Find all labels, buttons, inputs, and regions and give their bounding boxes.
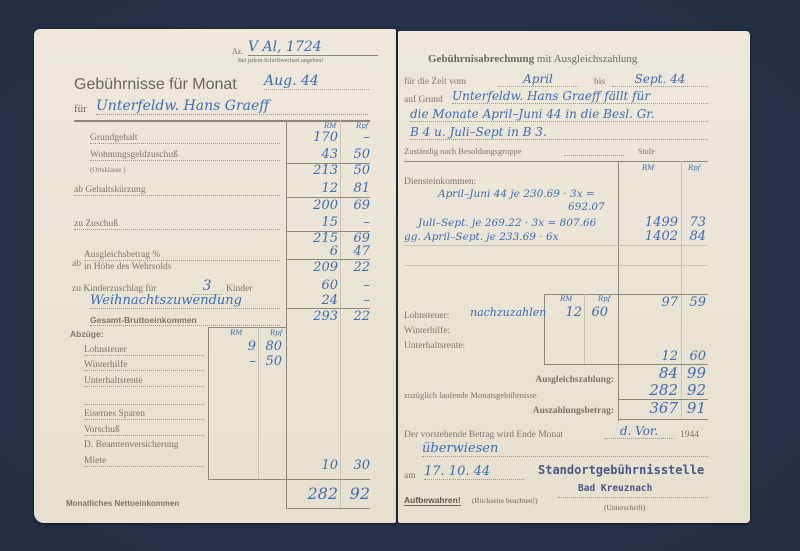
dienst-line-2: 692.07 xyxy=(568,201,605,213)
stamp-line-2: Bad Kreuznach xyxy=(578,483,652,494)
aufbewahren: Aufbewahren! xyxy=(404,495,461,506)
dienst-label: Diensteinkommen: xyxy=(404,177,476,187)
subtotal2-rm: 200 xyxy=(290,198,338,213)
abzug-winterhilfe-rm: – xyxy=(210,354,256,369)
gesamt-brutto-label: Gesamt-Bruttoeinkommen xyxy=(90,315,280,326)
kinderzuschlag-rm: 60 xyxy=(290,278,338,293)
zuschuss-rpf: – xyxy=(342,215,370,230)
unterschrift: (Unterschrift) xyxy=(604,503,645,512)
zuschuss-rm: 15 xyxy=(290,215,338,230)
abzuege-col-rm: RM xyxy=(230,329,242,337)
grund-line-2: die Monate April–Juni 44 in die Besl. Gr… xyxy=(410,107,708,122)
abzug-total-rpf: 60 xyxy=(684,349,706,364)
differenz-rm: 97 xyxy=(622,295,678,310)
zeit-von: April xyxy=(498,72,578,87)
row-ausgleichsbetrag: Ausgleichsbetrag % xyxy=(84,250,280,261)
gehaltskuerzung-rm: 12 xyxy=(290,181,338,196)
ende-value: d. Vor. xyxy=(604,424,674,439)
dienst-juli-rpf: 73 xyxy=(684,215,706,230)
grundgehalt-rm: 170 xyxy=(290,130,338,145)
abzuege-label: Abzüge: xyxy=(70,329,104,339)
zustaendig-label: Zuständig nach Besoldungsgruppe xyxy=(404,146,522,156)
page-title: Gebührnisse für Monat xyxy=(74,76,237,94)
weihnacht-rpf: – xyxy=(342,293,370,308)
weihnacht-rm: 24 xyxy=(290,293,338,308)
abzug-miete: Miete xyxy=(84,456,204,467)
unterhalt-label: Unterhaltsrente: xyxy=(404,341,465,351)
subtotal2-rpf: 69 xyxy=(342,198,370,213)
netto-rpf: 92 xyxy=(342,484,370,503)
abzug-beamtenversicherung: D. Beamtenversicherung xyxy=(84,440,178,450)
ausgleich-rm: 84 xyxy=(622,364,678,382)
ueberwiesen: überwiesen xyxy=(422,441,708,457)
box-col-rpf: Rpf xyxy=(598,295,610,303)
differenz-rpf: 59 xyxy=(684,295,706,310)
ende-label: Der vorstehende Betrag wird Ende Monat xyxy=(404,430,563,440)
subtotal4-rpf: 22 xyxy=(342,260,370,275)
subtotal1-rpf: 50 xyxy=(342,163,370,178)
abzug-blank xyxy=(84,394,204,405)
row-wehrsold: in Höhe des Wehrsolds xyxy=(84,262,171,272)
fuer-label: für xyxy=(74,103,87,115)
dienst-line-3: Juli–Sept. je 269.22 · 3x = 807.66 xyxy=(418,217,596,229)
az-hint: Bei jedem Schriftwechsel angeben! xyxy=(238,58,323,64)
right-col-rm: RM xyxy=(642,164,654,172)
grund-line-3: B 4 u. Juli–Sept in B 3. xyxy=(410,125,708,140)
laufend-label: zuzüglich laufende Monatsgebührnisse xyxy=(404,390,537,400)
winterhilfe-label: Winterhilfe: xyxy=(404,326,450,336)
dienst-juli-rm: 1499 xyxy=(622,215,678,230)
lohnsteuer-label: Lohnsteuer: xyxy=(404,311,449,321)
stufe-label: Stufe xyxy=(638,147,655,156)
dienst-gg-rm: 1402 xyxy=(622,229,678,244)
abzuege-col-rpf: Rpf xyxy=(270,329,282,337)
zeit-bis-label: bis xyxy=(594,77,605,87)
row-wohnungsgeld: Wohnungsgeldzuschuß xyxy=(90,150,280,161)
abzug-lohnsteuer-rm: 9 xyxy=(210,339,256,354)
az-value: V Al, 1724 xyxy=(248,39,378,56)
col-rm-header: RM xyxy=(324,122,336,130)
ausgleich-label: Ausgleichszahlung: xyxy=(494,375,614,385)
abzug-eisernes-sparen: Eisernes Sparen xyxy=(84,409,204,420)
zeit-label: für die Zeit vom xyxy=(404,77,466,87)
right-col-rpf: Rpf xyxy=(688,164,700,172)
grundgehalt-rpf: – xyxy=(342,130,370,145)
dienst-line-1: April–Juni 44 je 230.69 · 3x = xyxy=(438,188,595,200)
subtotal1-rm: 213 xyxy=(290,163,338,178)
grund-line-1: Unterfeldw. Hans Graeff fällt für xyxy=(452,89,708,104)
lohnsteuer-rpf: 60 xyxy=(586,305,608,320)
gehaltskuerzung-rpf: 81 xyxy=(342,181,370,196)
lohnsteuer-rm: 12 xyxy=(546,305,582,320)
abzug-total-rm: 12 xyxy=(622,349,678,364)
wohnungsgeld-rpf: 50 xyxy=(342,147,370,162)
kinderzuschlag-rpf: – xyxy=(342,278,370,293)
gesamt-brutto-rpf: 22 xyxy=(342,309,370,324)
am-label: am xyxy=(404,471,416,481)
az-label: Az. xyxy=(232,47,243,56)
abzug-winterhilfe-rpf: 50 xyxy=(260,354,282,369)
abzug-winterhilfe: Winterhilfe xyxy=(84,360,204,371)
auszahlung-rpf: 91 xyxy=(684,399,706,417)
abzuege-total-rm: 10 xyxy=(290,458,338,473)
weihnachtszuwendung: Weihnachtszuwendung xyxy=(90,293,280,309)
dienst-gg-rpf: 84 xyxy=(684,229,706,244)
ab-label: ab xyxy=(72,259,81,269)
netto-rm: 282 xyxy=(290,484,338,503)
ausgleichsbetrag-rm: 6 xyxy=(290,244,338,259)
zeit-bis: Sept. 44 xyxy=(612,72,708,87)
wohnungsgeld-rm: 43 xyxy=(290,147,338,162)
grund-label: auf Grund xyxy=(404,95,443,105)
row-zuschuss: zu Zuschuß xyxy=(74,219,280,230)
ausgleichsbetrag-rpf: 47 xyxy=(342,244,370,259)
stamp-line-1: Standortgebührnisstelle xyxy=(538,463,704,477)
laufend-rpf: 92 xyxy=(684,381,706,399)
row-ortsklasse: (Ortsklasse ) xyxy=(90,166,126,174)
abzuege-total-rpf: 30 xyxy=(342,458,370,473)
col-rpf-header: Rpf xyxy=(356,122,368,130)
right-title: Gebührnisabrechnung mit Ausgleichszahlun… xyxy=(428,53,637,65)
box-col-rm: RM xyxy=(560,295,572,303)
dienst-line-4: gg. April–Sept. je 233.69 · 6x xyxy=(404,231,559,243)
right-title-bold: Gebührnisabrechnung xyxy=(428,53,534,65)
row-gehaltskuerzung: ab Gehaltskürzung xyxy=(74,185,280,196)
abzug-lohnsteuer-rpf: 80 xyxy=(260,339,282,354)
netto-label: Monatliches Nettoeinkommen xyxy=(66,499,179,508)
auszahlung-label: Auszahlungsbetrag: xyxy=(494,406,614,416)
gesamt-brutto-rm: 293 xyxy=(290,309,338,324)
subtotal4-rm: 209 xyxy=(290,260,338,275)
abzug-lohnsteuer: Lohnsteuer xyxy=(84,345,204,356)
auszahlung-rm: 367 xyxy=(622,399,678,417)
fuer-value: Unterfeldw. Hans Graeff xyxy=(96,98,368,115)
lohnsteuer-note: nachzuzahlen xyxy=(470,306,546,319)
right-title-rest: mit Ausgleichszahlung xyxy=(537,53,638,65)
row-grundgehalt: Grundgehalt xyxy=(90,133,280,144)
rueckseite: (Rückseite beachten!) xyxy=(472,496,538,505)
ende-year: 1944 xyxy=(680,430,699,440)
laufend-rm: 282 xyxy=(622,381,678,399)
abzug-unterhaltsrente: Unterhaltsrente xyxy=(84,376,204,387)
ausgleich-rpf: 99 xyxy=(684,364,706,382)
month-value: Aug. 44 xyxy=(264,73,369,90)
left-page: Az. V Al, 1724 Bei jedem Schriftwechsel … xyxy=(34,29,396,523)
abzug-vorschuss: Vorschuß xyxy=(84,425,204,436)
am-value: 17. 10. 44 xyxy=(424,464,524,480)
right-page: Gebührnisabrechnung mit Ausgleichszahlun… xyxy=(398,31,750,523)
